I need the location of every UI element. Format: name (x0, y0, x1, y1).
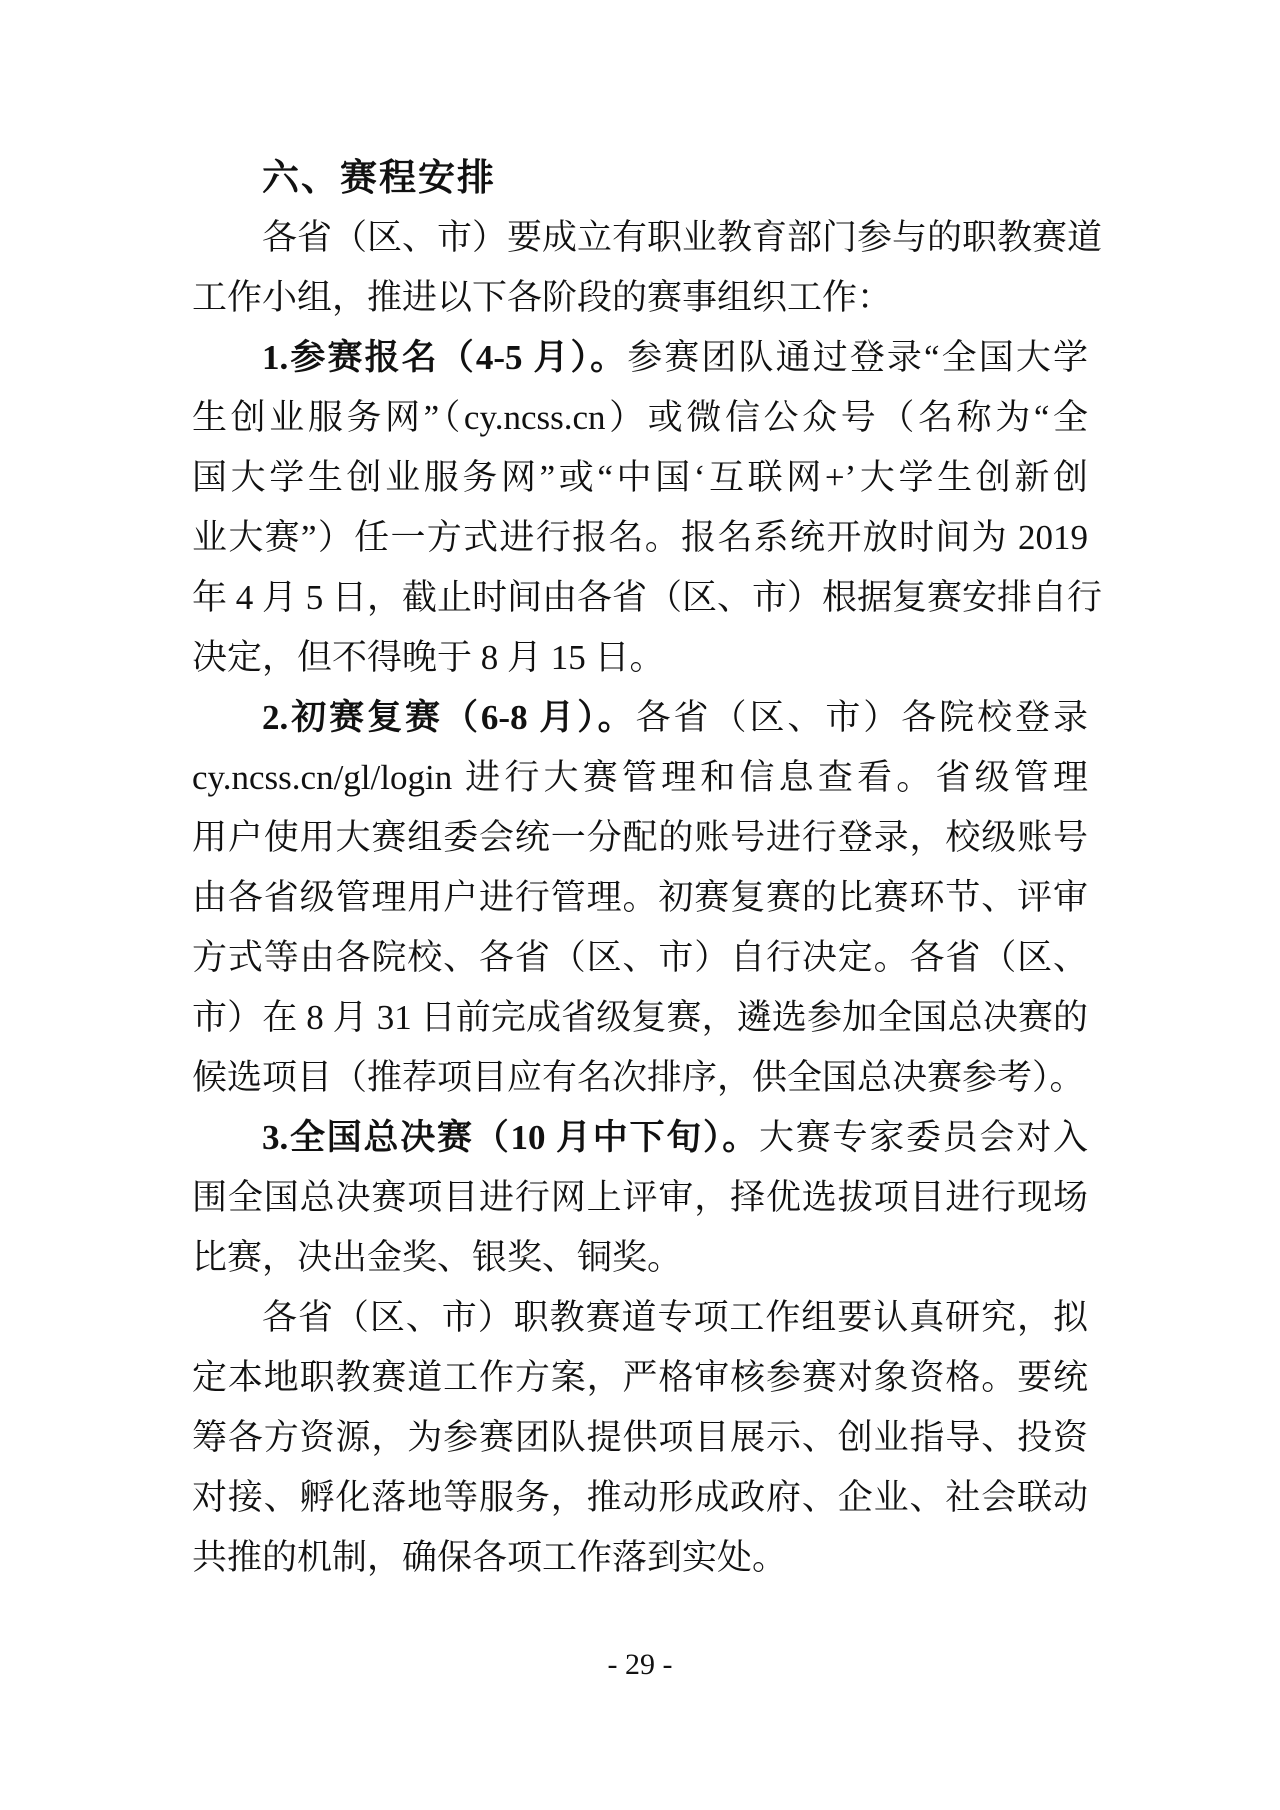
text-line: 围全国总决赛项目进行网上评审，择优选拔项目进行现场 (192, 1168, 1088, 1228)
text-line: 年 4 月 5 日，截止时间由各省（区、市）根据复赛安排自行 (192, 568, 1088, 628)
text-line: 1.参赛报名（4-5 月）。参赛团队通过登录“全国大学 (192, 328, 1088, 388)
bold-text-segment: 3.全国总决赛（10 月中下旬）。 (262, 1118, 759, 1157)
text-line: 用户使用大赛组委会统一分配的账号进行登录，校级账号 (192, 808, 1088, 868)
text-segment: 用户使用大赛组委会统一分配的账号进行登录，校级账号 (192, 818, 1088, 857)
text-line: 3.全国总决赛（10 月中下旬）。大赛专家委员会对入 (192, 1108, 1088, 1168)
text-segment: 年 4 月 5 日，截止时间由各省（区、市）根据复赛安排自行 (192, 578, 1102, 617)
text-segment: 候选项目（推荐项目应有名次排序，供全国总决赛参考）。 (192, 1058, 1085, 1097)
text-segment: 各省（区、市）要成立有职业教育部门参与的职教赛道 (262, 218, 1102, 257)
page-number: - 29 - (0, 1645, 1280, 1685)
text-line: 对接、孵化落地等服务，推动形成政府、企业、社会联动 (192, 1468, 1088, 1528)
text-line: 各省（区、市）要成立有职业教育部门参与的职教赛道 (192, 208, 1088, 268)
text-line: 业大赛”）任一方式进行报名。报名系统开放时间为 2019 (192, 508, 1088, 568)
text-segment: 决定，但不得晚于 8 月 15 日。 (192, 638, 665, 677)
text-segment: 筹各方资源，为参赛团队提供项目展示、创业指导、投资 (192, 1418, 1088, 1457)
text-line: 候选项目（推荐项目应有名次排序，供全国总决赛参考）。 (192, 1048, 1088, 1108)
text-segment: cy.ncss.cn/gl/login 进行大赛管理和信息查看。省级管理 (192, 758, 1088, 797)
text-line: 工作小组，推进以下各阶段的赛事组织工作： (192, 268, 1088, 328)
text-segment: 业大赛”）任一方式进行报名。报名系统开放时间为 2019 (192, 518, 1088, 557)
text-line: 比赛，决出金奖、银奖、铜奖。 (192, 1228, 1088, 1288)
bold-text-segment: 2.初赛复赛（6-8 月）。 (262, 698, 636, 737)
text-segment: 工作小组，推进以下各阶段的赛事组织工作： (192, 278, 892, 317)
section-heading: 六、赛程安排 (192, 148, 1088, 208)
text-line: 由各省级管理用户进行管理。初赛复赛的比赛环节、评审 (192, 868, 1088, 928)
text-line: 定本地职教赛道工作方案，严格审核参赛对象资格。要统 (192, 1348, 1088, 1408)
text-line: 方式等由各院校、各省（区、市）自行决定。各省（区、 (192, 928, 1088, 988)
text-segment: 大赛专家委员会对入 (759, 1118, 1088, 1157)
text-line: 共推的机制，确保各项工作落到实处。 (192, 1528, 1088, 1588)
text-line: 2.初赛复赛（6-8 月）。各省（区、市）各院校登录 (192, 688, 1088, 748)
document-page: 六、赛程安排各省（区、市）要成立有职业教育部门参与的职教赛道工作小组，推进以下各… (0, 0, 1280, 1810)
text-segment: 生创业服务网”（cy.ncss.cn）或微信公众号（名称为“全 (192, 398, 1088, 437)
document-body: 六、赛程安排各省（区、市）要成立有职业教育部门参与的职教赛道工作小组，推进以下各… (192, 148, 1088, 1588)
text-segment: 对接、孵化落地等服务，推动形成政府、企业、社会联动 (192, 1478, 1088, 1517)
text-segment: 市）在 8 月 31 日前完成省级复赛，遴选参加全国总决赛的 (192, 998, 1088, 1037)
text-segment: 比赛，决出金奖、银奖、铜奖。 (192, 1238, 682, 1277)
text-segment: 定本地职教赛道工作方案，严格审核参赛对象资格。要统 (192, 1358, 1088, 1397)
text-segment: 各省（区、市）职教赛道专项工作组要认真研究，拟 (262, 1298, 1088, 1337)
text-line: 生创业服务网”（cy.ncss.cn）或微信公众号（名称为“全 (192, 388, 1088, 448)
bold-text-segment: 1.参赛报名（4-5 月）。 (262, 338, 627, 377)
text-segment: 由各省级管理用户进行管理。初赛复赛的比赛环节、评审 (192, 878, 1088, 917)
text-line: 决定，但不得晚于 8 月 15 日。 (192, 628, 1088, 688)
text-line: 国大学生创业服务网”或“中国‘互联网+’大学生创新创 (192, 448, 1088, 508)
text-segment: 国大学生创业服务网”或“中国‘互联网+’大学生创新创 (192, 458, 1088, 497)
text-line: 各省（区、市）职教赛道专项工作组要认真研究，拟 (192, 1288, 1088, 1348)
text-segment: 方式等由各院校、各省（区、市）自行决定。各省（区、 (192, 938, 1088, 977)
text-line: 市）在 8 月 31 日前完成省级复赛，遴选参加全国总决赛的 (192, 988, 1088, 1048)
text-segment: 共推的机制，确保各项工作落到实处。 (192, 1538, 787, 1577)
text-segment: 各省（区、市）各院校登录 (636, 698, 1088, 737)
text-line: 筹各方资源，为参赛团队提供项目展示、创业指导、投资 (192, 1408, 1088, 1468)
text-line: cy.ncss.cn/gl/login 进行大赛管理和信息查看。省级管理 (192, 748, 1088, 808)
text-segment: 参赛团队通过登录“全国大学 (627, 338, 1088, 377)
text-segment: 围全国总决赛项目进行网上评审，择优选拔项目进行现场 (192, 1178, 1088, 1217)
bold-text-segment: 六、赛程安排 (262, 157, 496, 198)
